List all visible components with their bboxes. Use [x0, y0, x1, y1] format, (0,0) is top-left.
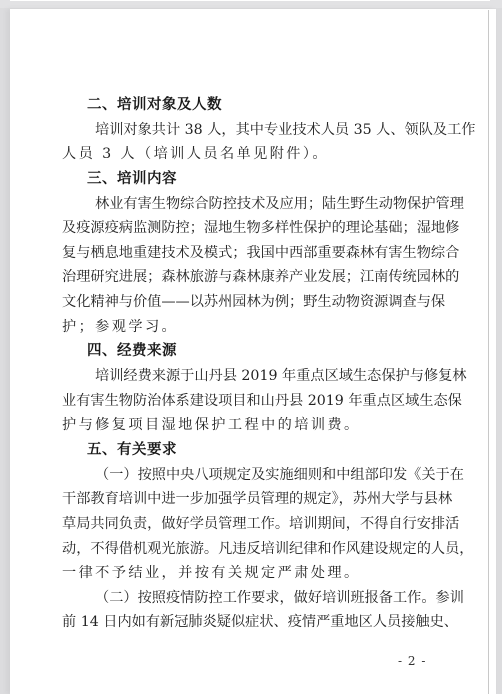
paragraph-line: 治理研究进展；森林旅游与森林康养产业发展；江南传统园林的: [62, 265, 432, 290]
document-body: 二、培训对象及人数 培训对象共计 38 人，其中专业技术人员 35 人、领队及工…: [62, 93, 432, 635]
paragraph-line: 护；参观学习。: [62, 315, 432, 340]
paragraph-line: 干部教育培训中进一步加强学员管理的规定》，苏州大学与县林: [62, 487, 432, 512]
paragraph-line: 人员 3 人（培训人员名单见附件）。: [62, 142, 432, 167]
paragraph-line: 前 14 日内如有新冠肺炎疑似症状、疫情严重地区人员接触史、: [62, 610, 432, 635]
paragraph-line: （一）按照中央八项规定及实施细则和中组部印发《关于在: [62, 463, 432, 488]
paragraph-line: 及疫源疫病监测防控；湿地生物多样性保护的理论基础；湿地修: [62, 216, 432, 241]
previous-page-edge: [10, 0, 490, 1]
paragraph-line: 一律不予结业，并按有关规定严肃处理。: [62, 561, 432, 586]
page-edge-line: [488, 10, 489, 694]
page-number: - 2 -: [398, 654, 426, 668]
paragraph-line: （二）按照疫情防控工作要求，做好培训班报备工作。参训: [62, 586, 432, 611]
paragraph-line: 培训对象共计 38 人，其中专业技术人员 35 人、领队及工作: [62, 118, 432, 143]
paragraph-line: 动，不得借机观光旅游。凡违反培训纪律和作风建设规定的人员，: [62, 537, 432, 562]
paragraph-line: 文化精神与价值——以苏州园林为例；野生动物资源调查与保: [62, 290, 432, 315]
paragraph-line: 护与修复项目湿地保护工程中的培训费。: [62, 413, 432, 438]
section-heading-3: 三、培训内容: [62, 167, 432, 192]
section-heading-4: 四、经费来源: [62, 339, 432, 364]
paragraph-line: 复与栖息地重建技术及模式；我国中西部重要森林有害生物综合: [62, 241, 432, 266]
previous-page-strip: [0, 0, 502, 8]
paragraph-line: 培训经费来源于山丹县 2019 年重点区域生态保护与修复林: [62, 364, 432, 389]
paragraph-line: 林业有害生物综合防控技术及应用；陆生野生动物保护管理: [62, 192, 432, 217]
paragraph-line: 草局共同负责，做好学员管理工作。培训期间，不得自行安排活: [62, 512, 432, 537]
paragraph-line: 业有害生物防治体系建设项目和山丹县 2019 年重点区域生态保: [62, 389, 432, 414]
section-heading-2: 二、培训对象及人数: [62, 93, 432, 118]
section-heading-5: 五、有关要求: [62, 438, 432, 463]
